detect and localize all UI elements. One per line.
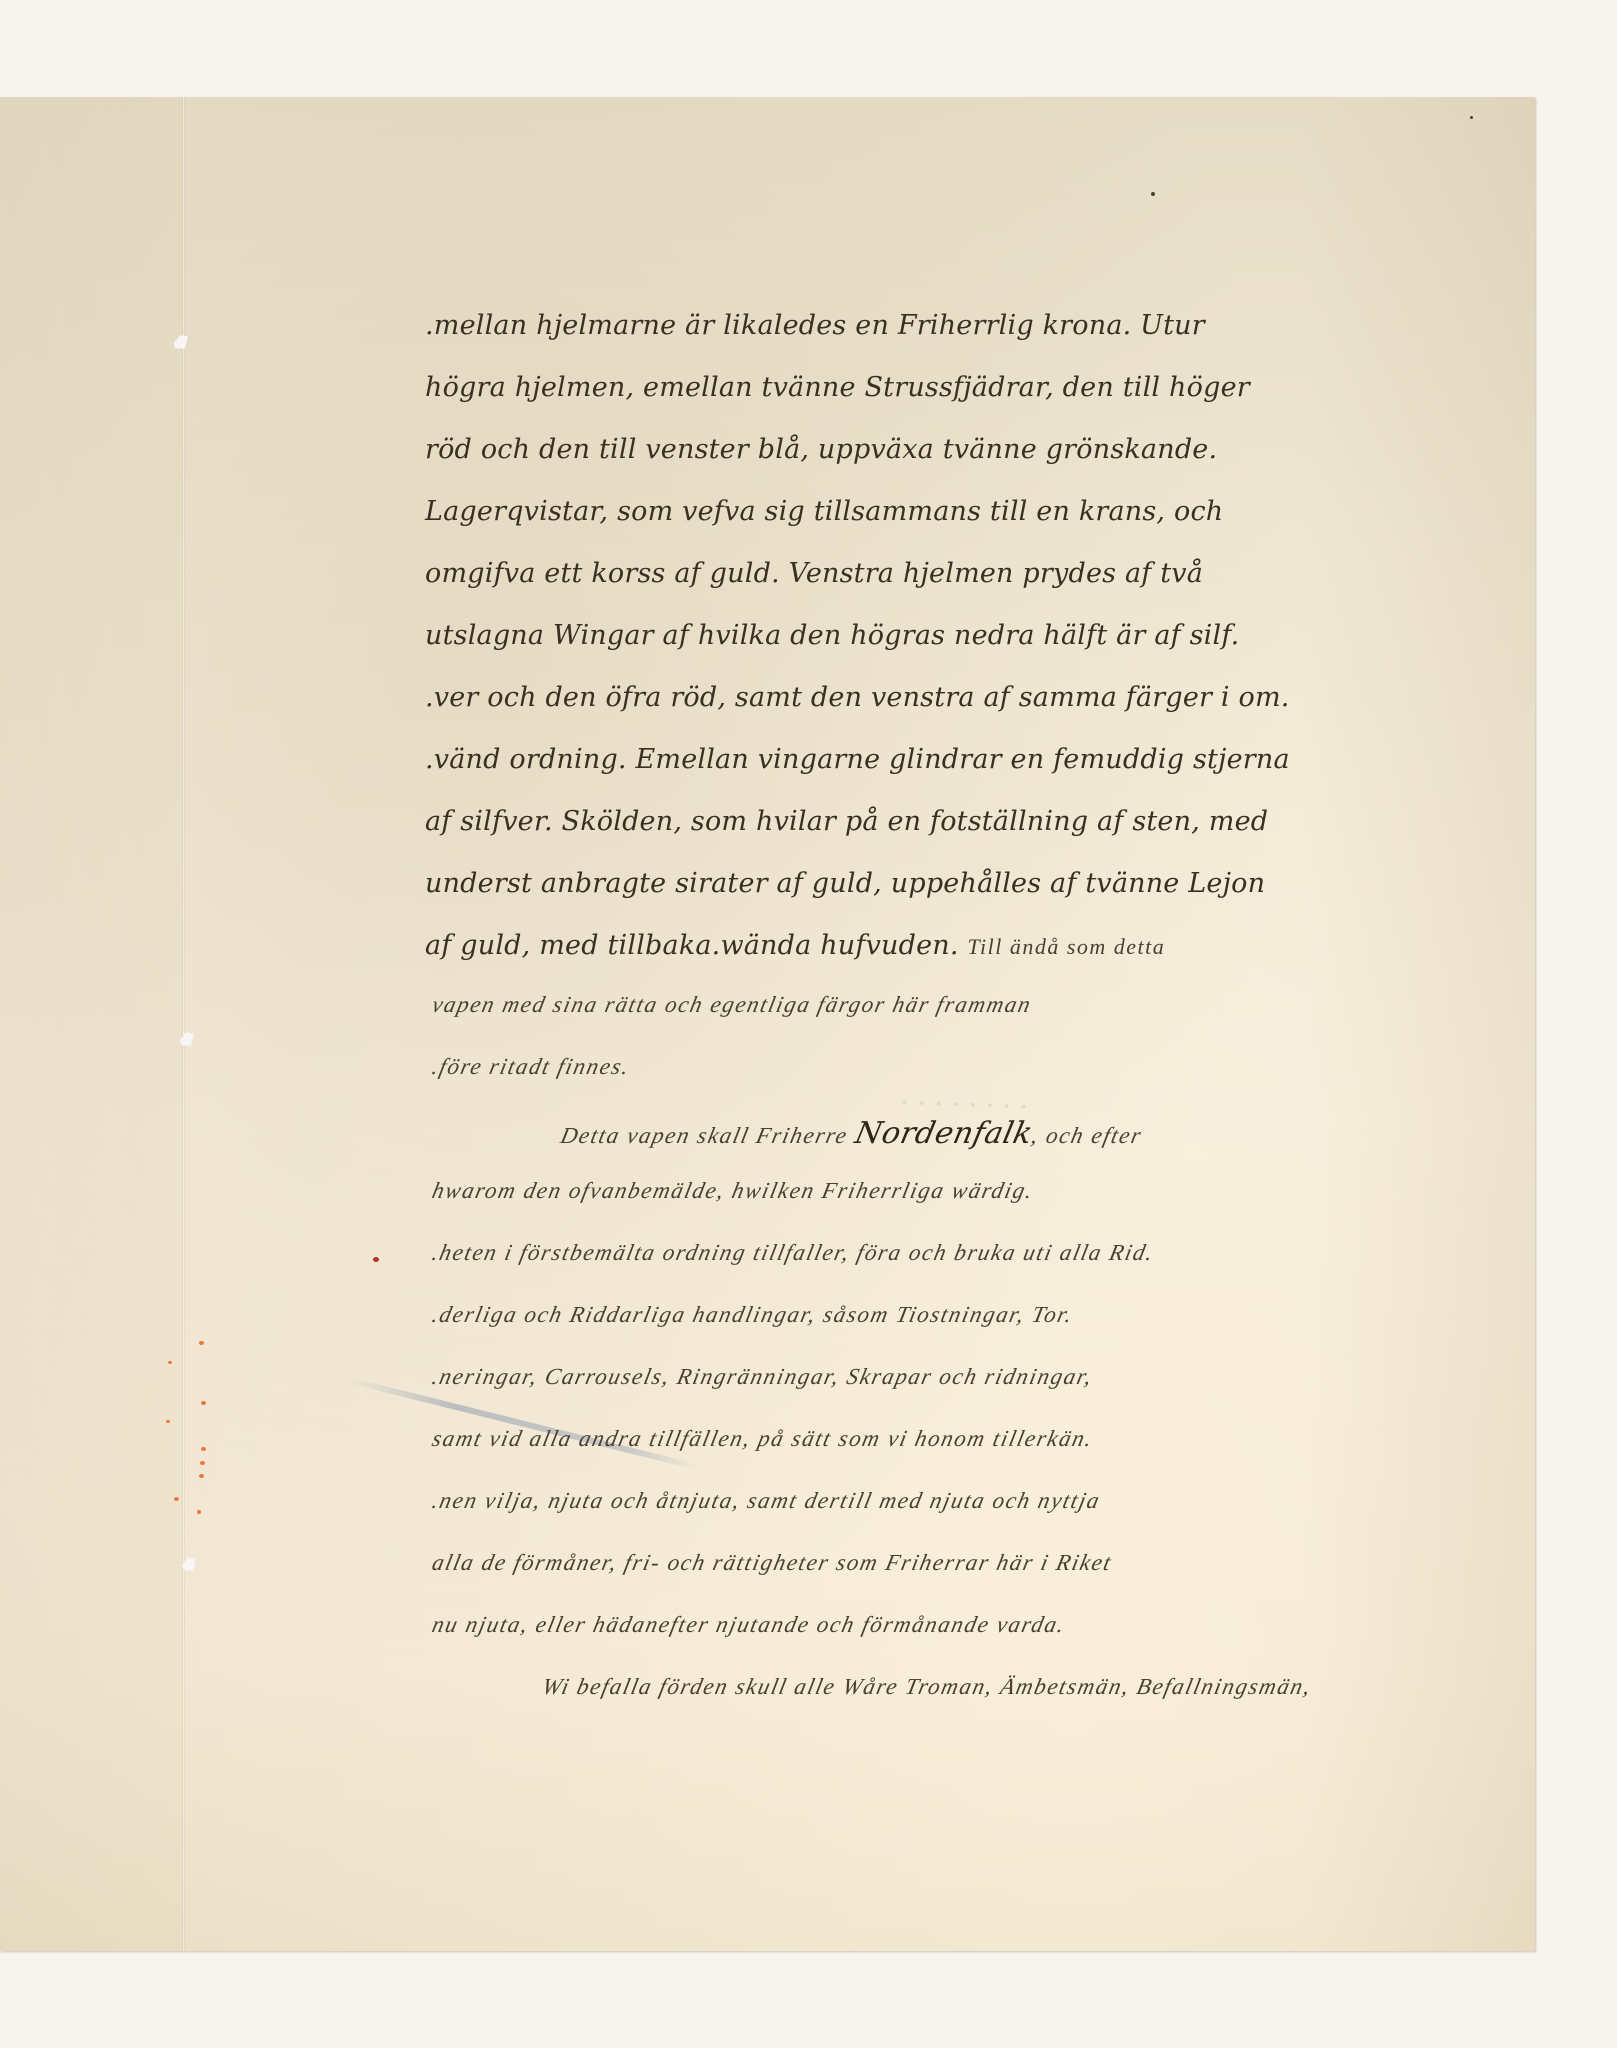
text-line: Lagerqvistar, som vefva sig tillsammans … xyxy=(425,496,1325,544)
kurrent-segment: Detta vapen skall Friherre xyxy=(558,1123,850,1148)
text-line: .ver och den öfra röd, samt den venstra … xyxy=(425,682,1325,730)
text-line: .mellan hjelmarne är likaledes en Friher… xyxy=(425,310,1325,358)
ink-speck xyxy=(1470,116,1473,119)
text-line: hwarom den ofvanbemälde, hwilken Friherr… xyxy=(425,1178,1335,1226)
text-line: högra hjelmen, emellan tvänne Strussfjäd… xyxy=(425,372,1325,420)
text-line: af silfver. Skölden, som hvilar på en fo… xyxy=(425,806,1325,854)
kurrent-segment: , och efter xyxy=(1029,1123,1145,1148)
family-name: Nordenfalk xyxy=(852,1116,1036,1151)
text-line: .nen vilja, njuta och åtnjuta, samt dert… xyxy=(425,1488,1335,1536)
text-line: röd och den till venster blå, uppväxa tv… xyxy=(425,434,1325,482)
orange-stain xyxy=(166,1420,170,1423)
orange-stain xyxy=(199,1474,204,1478)
text-line-mixed: af guld, med tillbaka.wända hufvuden. Ti… xyxy=(425,930,1325,978)
red-ink-dot xyxy=(373,1257,379,1262)
text-line: utslagna Wingar af hvilka den högras ned… xyxy=(425,620,1325,668)
text-line: .heten i förstbemälta ordning tillfaller… xyxy=(425,1240,1335,1288)
text-line: alla de förmåner, fri- och rättigheter s… xyxy=(425,1550,1335,1598)
manuscript-text: .mellan hjelmarne är likaledes en Friher… xyxy=(425,310,1325,1736)
text-line: .vänd ordning. Emellan vingarne glindrar… xyxy=(425,744,1325,792)
orange-stain xyxy=(174,1497,179,1501)
text-line: .neringar, Carrousels, Ringränningar, Sk… xyxy=(425,1364,1335,1412)
orange-stain xyxy=(197,1510,201,1514)
blackletter-segment: af guld, med tillbaka.wända hufvuden. xyxy=(425,930,959,961)
orange-stain xyxy=(201,1401,206,1405)
orange-stain xyxy=(200,1461,205,1465)
orange-stain xyxy=(201,1447,206,1451)
page-edge-shading xyxy=(1305,97,1535,1951)
ink-speck xyxy=(1151,192,1155,196)
scan-background: . . . . . . . . .mellan hjelmarne är lik… xyxy=(0,0,1617,2048)
text-line: omgifva ett korss af guld. Venstra hjelm… xyxy=(425,558,1325,606)
text-line: nu njuta, eller hädanefter njutande och … xyxy=(425,1612,1335,1660)
text-line: underst anbragte sirater af guld, uppehå… xyxy=(425,868,1325,916)
text-line-with-name: Detta vapen skall Friherre Nordenfalk, o… xyxy=(425,1116,1335,1164)
binding-fold-line xyxy=(182,97,185,1951)
text-line: vapen med sina rätta och egentliga färgo… xyxy=(425,992,1335,1040)
orange-stain xyxy=(199,1341,204,1345)
orange-stain xyxy=(168,1361,172,1364)
text-line: .derliga och Riddarliga handlingar, såso… xyxy=(425,1302,1335,1350)
text-line: samt vid alla andra tillfällen, på sätt … xyxy=(425,1426,1335,1474)
binding-stub xyxy=(0,97,182,1951)
text-line: Wi befalla förden skull alle Wåre Troman… xyxy=(425,1674,1335,1722)
text-line: .före ritadt finnes. xyxy=(425,1054,1335,1102)
kurrent-segment: Till ändå som detta xyxy=(967,934,1165,959)
